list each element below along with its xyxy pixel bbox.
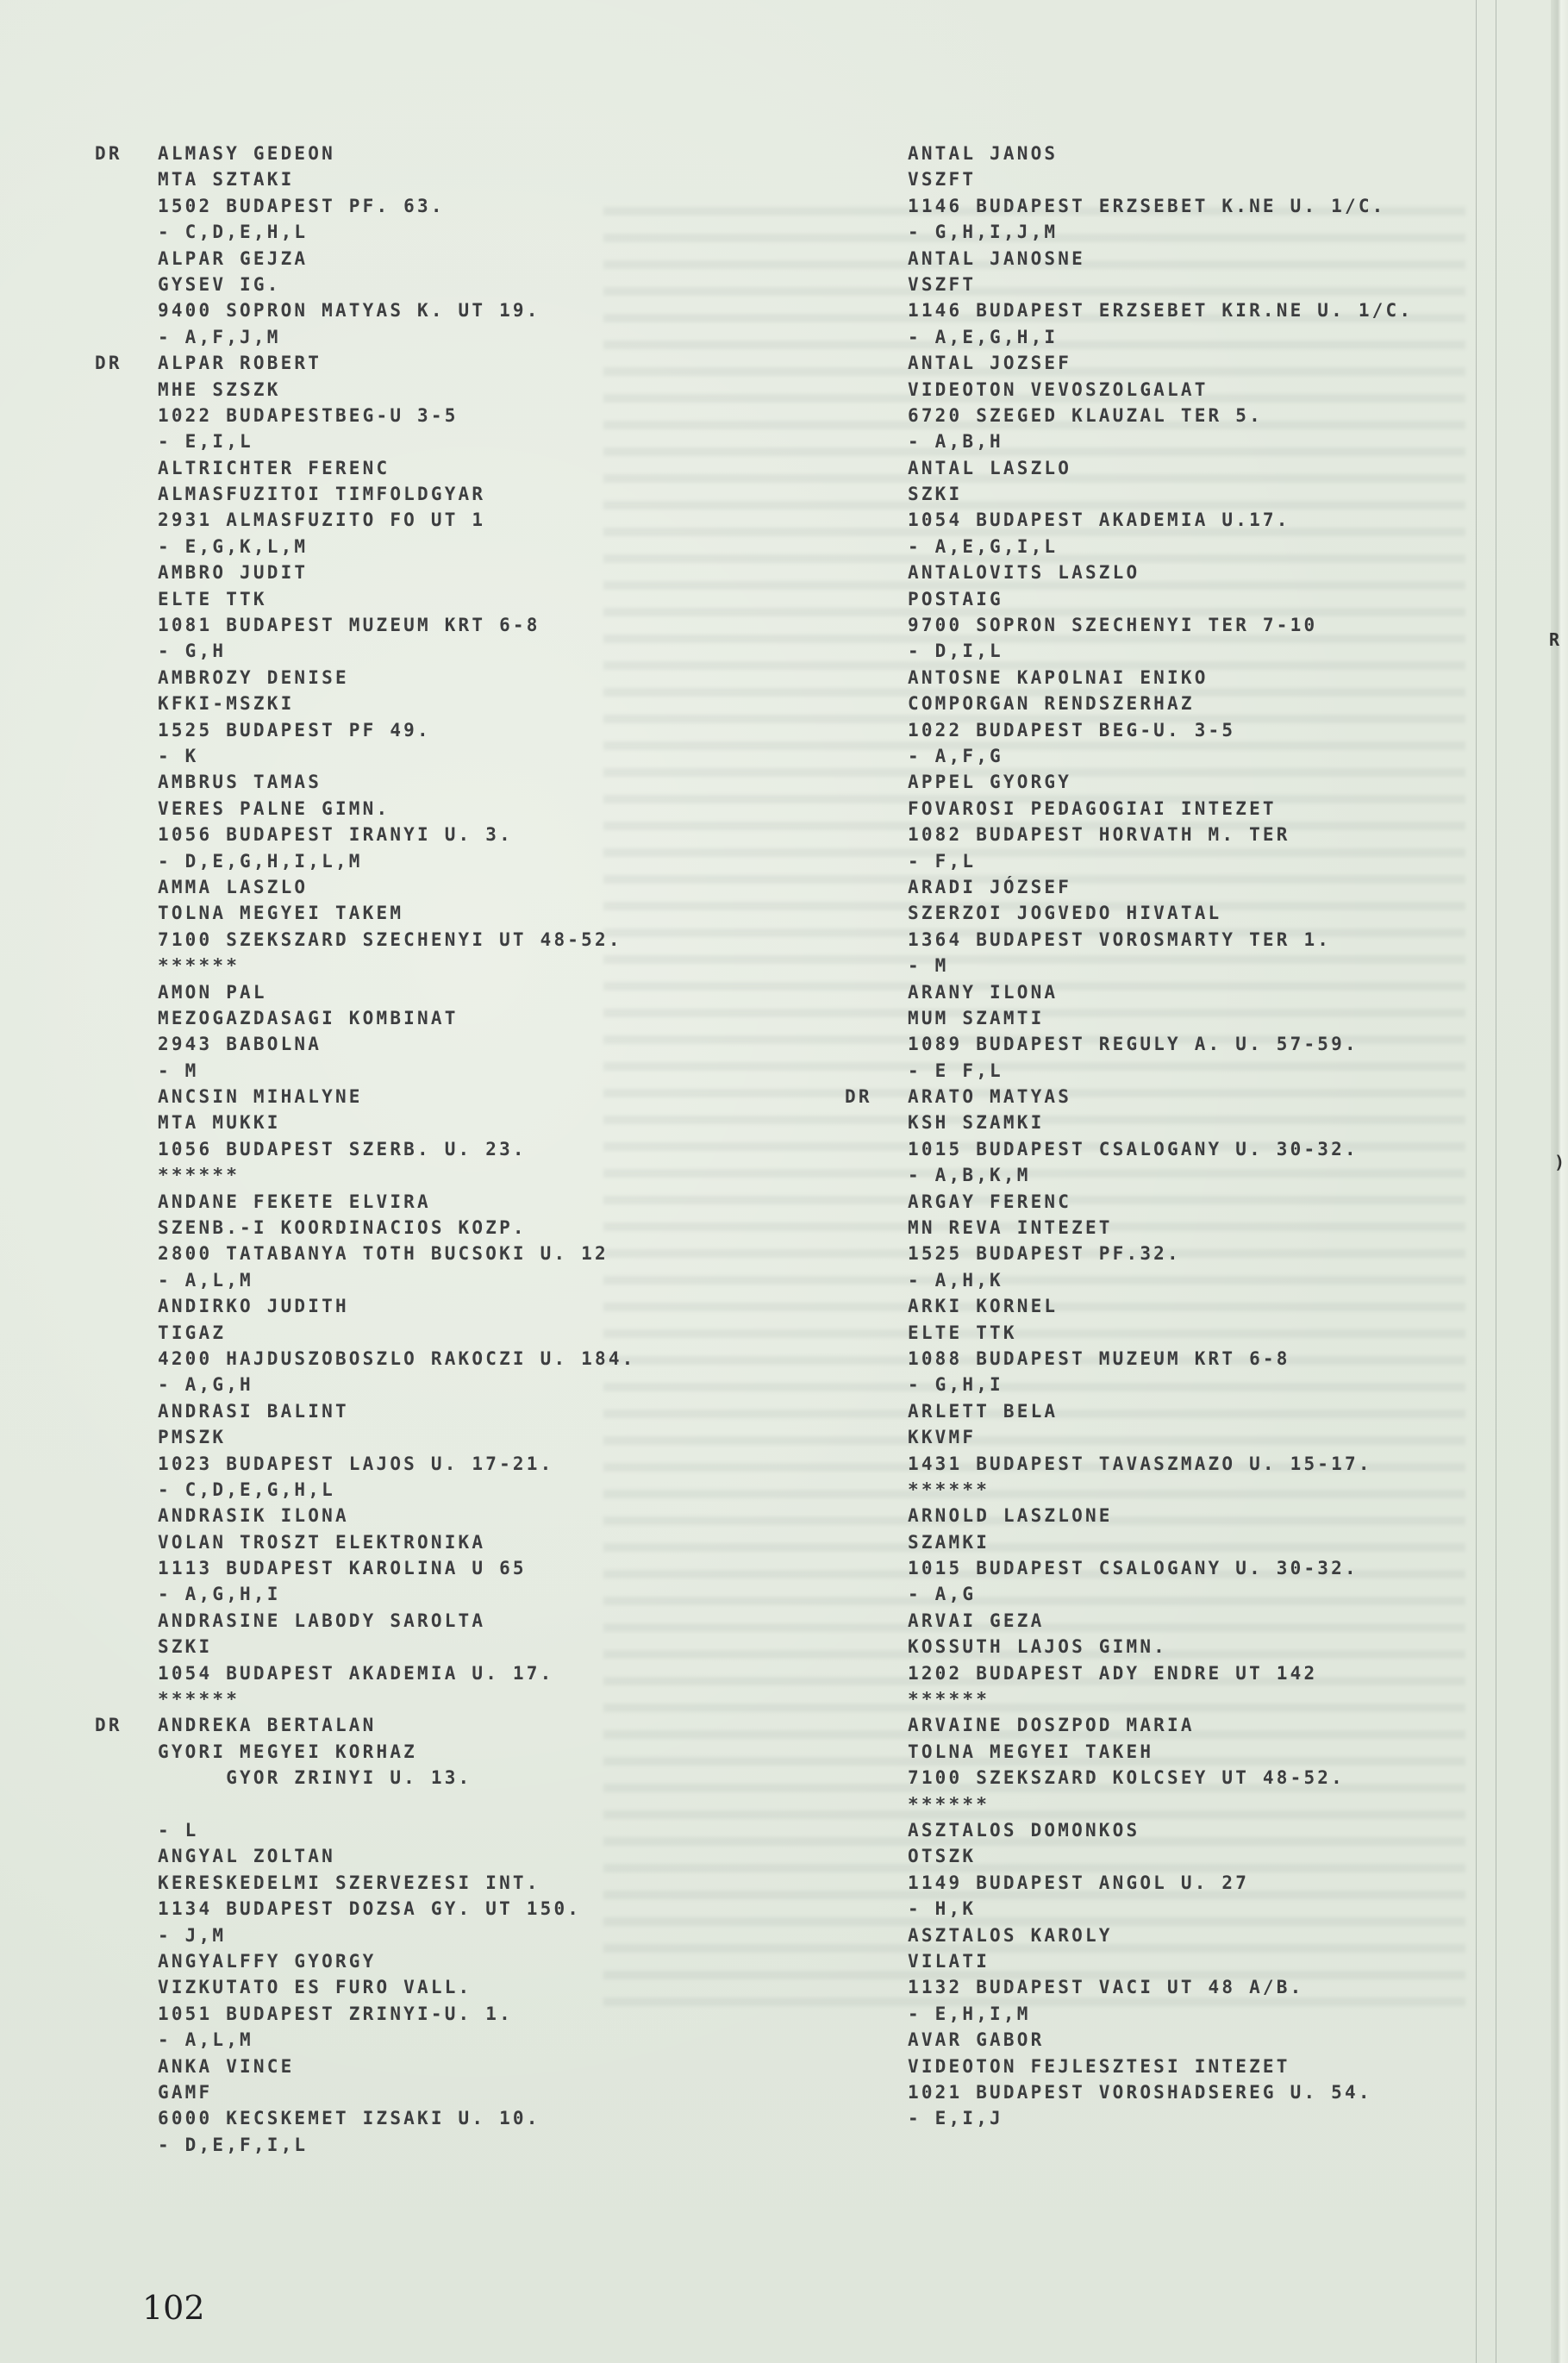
entry-name-line: DRALPAR ROBERT (95, 350, 636, 376)
entry-name-line: AMBROZY DENISE (95, 665, 636, 691)
entry-organization: KERESKEDELMI SZERVEZESI INT. (95, 1870, 636, 1896)
person-name: ASZTALOS DOMONKOS (908, 1820, 1140, 1841)
entry-codes: ****** (845, 1477, 1413, 1503)
title-prefix: DR (845, 1084, 908, 1110)
entry-codes: - J,M (95, 1922, 636, 1948)
entry-address: 1149 BUDAPEST ANGOL U. 27 (845, 1870, 1413, 1896)
entry-name-line: ANKA VINCE (95, 2054, 636, 2079)
entry-address: 7100 SZEKSZARD SZECHENYI UT 48-52. (95, 927, 636, 953)
entry-address: 1023 BUDAPEST LAJOS U. 17-21. (95, 1451, 636, 1477)
entry-address: 2931 ALMASFUZITO FO UT 1 (95, 507, 636, 533)
person-name: ANKA VINCE (158, 2056, 294, 2077)
entry-address: 1202 BUDAPEST ADY ENDRE UT 142 (845, 1660, 1413, 1686)
entry-organization: ELTE TTK (845, 1320, 1413, 1346)
entry-name-line: ALPAR GEJZA (95, 246, 636, 272)
entry-codes: - A,G,H (95, 1372, 636, 1397)
entry-name-line: ANTAL LASZLO (845, 455, 1413, 481)
entry-codes: - G,H (95, 638, 636, 664)
title-prefix: DR (95, 1712, 158, 1738)
entry-address: 1022 BUDAPEST BEG-U. 3-5 (845, 717, 1413, 743)
person-name: AMBRO JUDIT (158, 562, 308, 583)
entry-codes: - A,G,H,I (95, 1581, 636, 1607)
person-name: ANTAL JANOSNE (908, 248, 1085, 269)
directory-entry: ANTAL JOZSEFVIDEOTON VEVOSZOLGALAT6720 S… (845, 350, 1413, 455)
person-name: ANGYAL ZOLTAN (158, 1846, 335, 1866)
entry-name-line: ANGYAL ZOLTAN (95, 1843, 636, 1869)
directory-entry: ALTRICHTER FERENCALMASFUZITOI TIMFOLDGYA… (95, 455, 636, 560)
entry-name-line: AMBRUS TAMAS (95, 769, 636, 795)
entry-organization: KSH SZAMKI (845, 1110, 1413, 1135)
entry-name-line: ARGAY FERENC (845, 1189, 1413, 1215)
entry-codes: ****** (845, 1791, 1413, 1817)
fold-line (1496, 0, 1496, 2363)
entry-address: 1021 BUDAPEST VOROSHADSEREG U. 54. (845, 2079, 1413, 2105)
entry-codes: - G,H,I,J,M (845, 219, 1413, 245)
person-name: ALPAR ROBERT (158, 353, 322, 373)
entry-name-line: ARANY ILONA (845, 979, 1413, 1005)
directory-entry: ARGAY FERENCMN REVA INTEZET1525 BUDAPEST… (845, 1189, 1413, 1294)
directory-entry: ARKI KORNELELTE TTK1088 BUDAPEST MUZEUM … (845, 1293, 1413, 1398)
person-name: ARLETT BELA (908, 1401, 1058, 1422)
entry-codes: ****** (95, 1686, 636, 1712)
entry-address: 1431 BUDAPEST TAVASZMAZO U. 15-17. (845, 1451, 1413, 1477)
entry-name-line: ANCSIN MIHALYNE (95, 1084, 636, 1110)
entry-organization: VIDEOTON FEJLESZTESI INTEZET (845, 2054, 1413, 2079)
entry-organization: ALMASFUZITOI TIMFOLDGYAR (95, 481, 636, 507)
entry-address: 4200 HAJDUSZOBOSZLO RAKOCZI U. 184. (95, 1346, 636, 1372)
directory-entry: ANTAL LASZLOSZKI1054 BUDAPEST AKADEMIA U… (845, 455, 1413, 560)
entry-organization: POSTAIG (845, 586, 1413, 612)
person-name: ANDREKA BERTALAN (158, 1715, 377, 1735)
directory-entry: ARVAINE DOSZPOD MARIATOLNA MEGYEI TAKEH7… (845, 1712, 1413, 1817)
entry-organization: MN REVA INTEZET (845, 1215, 1413, 1241)
entry-address: GYOR ZRINYI U. 13. (95, 1765, 636, 1791)
directory-entry: APPEL GYORGYFOVAROSI PEDAGOGIAI INTEZET1… (845, 769, 1413, 874)
person-name: ALTRICHTER FERENC (158, 458, 390, 478)
entry-organization: VILATI (845, 1948, 1413, 1974)
entry-name-line: ASZTALOS KAROLY (845, 1922, 1413, 1948)
entry-name-line: ANDIRKO JUDITH (95, 1293, 636, 1319)
directory-entry: ANTAL JANOSVSZFT1146 BUDAPEST ERZSEBET K… (845, 141, 1413, 246)
entry-address: 1056 BUDAPEST SZERB. U. 23. (95, 1136, 636, 1162)
entry-name-line: ANGYALFFY GYORGY (95, 1948, 636, 1974)
entry-organization: MUM SZAMTI (845, 1005, 1413, 1031)
entry-name-line: AMMA LASZLO (95, 874, 636, 900)
entry-codes: - A,E,G,I,L (845, 534, 1413, 559)
directory-entry: ANTAL JANOSNEVSZFT1146 BUDAPEST ERZSEBET… (845, 246, 1413, 351)
person-name: APPEL GYORGY (908, 772, 1071, 792)
directory-entry: ARADI JÓZSEFSZERZOI JOGVEDO HIVATAL1364 … (845, 874, 1413, 979)
entry-address: 1081 BUDAPEST MUZEUM KRT 6-8 (95, 612, 636, 638)
entry-codes: - E,I,J (845, 2105, 1413, 2131)
entry-codes: ****** (95, 1162, 636, 1188)
entry-address: 1056 BUDAPEST IRANYI U. 3. (95, 822, 636, 847)
entry-address: 1054 BUDAPEST AKADEMIA U. 17. (95, 1660, 636, 1686)
entry-codes: - A,E,G,H,I (845, 324, 1413, 350)
entry-organization: GAMF (95, 2079, 636, 2105)
entry-codes: - E,H,I,M (845, 2001, 1413, 2027)
entry-codes: - A,F,G (845, 743, 1413, 769)
person-name: ANTALOVITS LASZLO (908, 562, 1140, 583)
entry-name-line: ARVAI GEZA (845, 1608, 1413, 1634)
directory-entry: ASZTALOS KAROLYVILATI1132 BUDAPEST VACI … (845, 1922, 1413, 2028)
entry-organization: SZENB.-I KOORDINACIOS KOZP. (95, 1215, 636, 1241)
person-name: ANTAL JANOS (908, 143, 1058, 164)
title-prefix: DR (95, 350, 158, 376)
entry-codes: - E,I,L (95, 428, 636, 454)
entry-address: 6000 KECSKEMET IZSAKI U. 10. (95, 2105, 636, 2131)
entry-address: 1113 BUDAPEST KAROLINA U 65 (95, 1555, 636, 1581)
person-name: ARVAINE DOSZPOD MARIA (908, 1715, 1195, 1735)
entry-codes: - E,G,K,L,M (95, 534, 636, 559)
entry-codes: - H,K (845, 1896, 1413, 1922)
page-gutter (1551, 0, 1568, 2363)
directory-entry: AMBRO JUDITELTE TTK1081 BUDAPEST MUZEUM … (95, 559, 636, 665)
directory-entry: AMON PALMEZOGAZDASAGI KOMBINAT2943 BABOL… (95, 979, 636, 1085)
entry-address: 1134 BUDAPEST DOZSA GY. UT 150. (95, 1896, 636, 1922)
entry-address: 1015 BUDAPEST CSALOGANY U. 30-32. (845, 1555, 1413, 1581)
directory-entry: ANKA VINCEGAMF6000 KECSKEMET IZSAKI U. 1… (95, 2054, 636, 2159)
entry-address: 1022 BUDAPESTBEG-U 3-5 (95, 403, 636, 428)
person-name: ARGAY FERENC (908, 1191, 1071, 1212)
entry-name-line: DRARATO MATYAS (845, 1084, 1413, 1110)
person-name: ARADI JÓZSEF (908, 877, 1071, 897)
person-name: ANDRASIK ILONA (158, 1505, 349, 1526)
person-name: ARATO MATYAS (908, 1086, 1071, 1107)
entry-name-line: ARNOLD LASZLONE (845, 1503, 1413, 1528)
entry-address: 2943 BABOLNA (95, 1031, 636, 1057)
entry-address: 7100 SZEKSZARD KOLCSEY UT 48-52. (845, 1765, 1413, 1791)
entry-address: 2800 TATABANYA TOTH BUCSOKI U. 12 (95, 1241, 636, 1266)
person-name: ANTOSNE KAPOLNAI ENIKO (908, 667, 1209, 688)
entry-name-line: ANTAL JOZSEF (845, 350, 1413, 376)
directory-entry: ANTALOVITS LASZLOPOSTAIG9700 SOPRON SZEC… (845, 559, 1413, 665)
entry-organization: TIGAZ (95, 1320, 636, 1346)
scanned-page: DRALMASY GEDEONMTA SZTAKI1502 BUDAPEST P… (0, 0, 1568, 2363)
entry-organization: VSZFT (845, 272, 1413, 297)
directory-entry: ANGYAL ZOLTANKERESKEDELMI SZERVEZESI INT… (95, 1843, 636, 1948)
entry-codes: - M (845, 953, 1413, 978)
entry-codes: - D,I,L (845, 638, 1413, 664)
title-prefix: DR (95, 141, 158, 166)
person-name: ARANY ILONA (908, 982, 1058, 1003)
directory-entry: DRALMASY GEDEONMTA SZTAKI1502 BUDAPEST P… (95, 141, 636, 246)
directory-entry: DRALPAR ROBERTMHE SZSZK1022 BUDAPESTBEG-… (95, 350, 636, 455)
directory-entry: ANDANE FEKETE ELVIRASZENB.-I KOORDINACIO… (95, 1189, 636, 1294)
directory-entry: ARLETT BELAKKVMF1431 BUDAPEST TAVASZMAZO… (845, 1398, 1413, 1503)
entry-name-line: ARADI JÓZSEF (845, 874, 1413, 900)
entry-codes: - E F,L (845, 1058, 1413, 1084)
edge-mark: ) (1554, 1152, 1565, 1172)
person-name: AMBROZY DENISE (158, 667, 349, 688)
entry-address: 1051 BUDAPEST ZRINYI-U. 1. (95, 2001, 636, 2027)
entry-codes: - A,F,J,M (95, 324, 636, 350)
entry-name-line: APPEL GYORGY (845, 769, 1413, 795)
entry-address: 1089 BUDAPEST REGULY A. U. 57-59. (845, 1031, 1413, 1057)
entry-organization: MEZOGAZDASAGI KOMBINAT (95, 1005, 636, 1031)
entry-name-line: AMBRO JUDIT (95, 559, 636, 585)
person-name: ANDRASINE LABODY SAROLTA (158, 1610, 485, 1631)
entry-codes: - G,H,I (845, 1372, 1413, 1397)
person-name: AMMA LASZLO (158, 877, 308, 897)
entry-codes: - F,L (845, 848, 1413, 874)
entry-codes: - D,E,F,I,L (95, 2132, 636, 2158)
entry-organization: MHE SZSZK (95, 377, 636, 403)
entry-codes: - A,L,M (95, 1267, 636, 1293)
directory-entry: ANTOSNE KAPOLNAI ENIKOCOMPORGAN RENDSZER… (845, 665, 1413, 770)
entry-name-line: ARVAINE DOSZPOD MARIA (845, 1712, 1413, 1738)
entry-organization: FOVAROSI PEDAGOGIAI INTEZET (845, 796, 1413, 822)
directory-entry: AVAR GABORVIDEOTON FEJLESZTESI INTEZET10… (845, 2027, 1413, 2132)
entry-name-line: ARLETT BELA (845, 1398, 1413, 1424)
directory-entry: ARVAI GEZAKOSSUTH LAJOS GIMN.1202 BUDAPE… (845, 1608, 1413, 1713)
entry-codes: ****** (845, 1686, 1413, 1712)
directory-entry: AMMA LASZLOTOLNA MEGYEI TAKEM7100 SZEKSZ… (95, 874, 636, 979)
entry-organization: COMPORGAN RENDSZERHAZ (845, 691, 1413, 716)
entry-organization: ELTE TTK (95, 586, 636, 612)
directory-column-left: DRALMASY GEDEONMTA SZTAKI1502 BUDAPEST P… (95, 141, 636, 2158)
directory-entry: AMBROZY DENISEKFKI-MSZKI1525 BUDAPEST PF… (95, 665, 636, 770)
page-number: 102 (142, 2289, 205, 2327)
directory-entry: DRARATO MATYASKSH SZAMKI1015 BUDAPEST CS… (845, 1084, 1413, 1189)
entry-codes: - A,L,M (95, 2027, 636, 2053)
person-name: ANDIRKO JUDITH (158, 1296, 349, 1316)
directory-entry: ANDIRKO JUDITHTIGAZ4200 HAJDUSZOBOSZLO R… (95, 1293, 636, 1398)
entry-address: 1525 BUDAPEST PF 49. (95, 717, 636, 743)
entry-organization: VIDEOTON VEVOSZOLGALAT (845, 377, 1413, 403)
entry-address: 6720 SZEGED KLAUZAL TER 5. (845, 403, 1413, 428)
entry-codes: - L (95, 1817, 636, 1843)
entry-address: 1146 BUDAPEST ERZSEBET K.NE U. 1/C. (845, 193, 1413, 219)
entry-name-line: ARKI KORNEL (845, 1293, 1413, 1319)
entry-address: 1088 BUDAPEST MUZEUM KRT 6-8 (845, 1346, 1413, 1372)
directory-entry: ANCSIN MIHALYNEMTA MUKKI1056 BUDAPEST SZ… (95, 1084, 636, 1189)
directory-entry: ARNOLD LASZLONESZAMKI1015 BUDAPEST CSALO… (845, 1503, 1413, 1608)
entry-organization: VIZKUTATO ES FURO VALL. (95, 1974, 636, 2000)
entry-organization: GYSEV IG. (95, 272, 636, 297)
person-name: ANGYALFFY GYORGY (158, 1951, 377, 1972)
person-name: ALPAR GEJZA (158, 248, 308, 269)
entry-organization: SZKI (95, 1634, 636, 1660)
entry-organization: KFKI-MSZKI (95, 691, 636, 716)
entry-organization: VOLAN TROSZT ELEKTRONIKA (95, 1529, 636, 1555)
directory-entry: ANDRASINE LABODY SAROLTASZKI1054 BUDAPES… (95, 1608, 636, 1713)
entry-address: 1132 BUDAPEST VACI UT 48 A/B. (845, 1974, 1413, 2000)
person-name: ANTAL LASZLO (908, 458, 1071, 478)
person-name: ALMASY GEDEON (158, 143, 335, 164)
entry-codes: - A,G (845, 1581, 1413, 1607)
entry-address: 1364 BUDAPEST VOROSMARTY TER 1. (845, 927, 1413, 953)
directory-entry: ALPAR GEJZAGYSEV IG.9400 SOPRON MATYAS K… (95, 246, 636, 351)
entry-name-line: ASZTALOS DOMONKOS (845, 1817, 1413, 1843)
entry-codes: - K (95, 743, 636, 769)
entry-name-line: ANTALOVITS LASZLO (845, 559, 1413, 585)
entry-address: 1146 BUDAPEST ERZSEBET KIR.NE U. 1/C. (845, 297, 1413, 323)
entry-address: 1502 BUDAPEST PF. 63. (95, 193, 636, 219)
entry-organization: OTSZK (845, 1843, 1413, 1869)
entry-organization: PMSZK (95, 1424, 636, 1450)
entry-codes: - C,D,E,G,H,L (95, 1477, 636, 1503)
entry-organization: TOLNA MEGYEI TAKEM (95, 900, 636, 926)
person-name: ARNOLD LASZLONE (908, 1505, 1113, 1526)
entry-address: 1054 BUDAPEST AKADEMIA U.17. (845, 507, 1413, 533)
person-name: ANDRASI BALINT (158, 1401, 349, 1422)
entry-name-line: ALTRICHTER FERENC (95, 455, 636, 481)
entry-organization: SZERZOI JOGVEDO HIVATAL (845, 900, 1413, 926)
entry-codes: - D,E,G,H,I,L,M (95, 848, 636, 874)
directory-entry: ANGYALFFY GYORGYVIZKUTATO ES FURO VALL.1… (95, 1948, 636, 2054)
entry-organization: GYORI MEGYEI KORHAZ (95, 1739, 636, 1765)
entry-name-line: ANDRASINE LABODY SAROLTA (95, 1608, 636, 1634)
entry-name-line: AMON PAL (95, 979, 636, 1005)
entry-name-line: AVAR GABOR (845, 2027, 1413, 2053)
entry-organization: VSZFT (845, 166, 1413, 192)
directory-entry: ARANY ILONAMUM SZAMTI1089 BUDAPEST REGUL… (845, 979, 1413, 1085)
entry-name-line: ANDRASIK ILONA (95, 1503, 636, 1528)
entry-organization: KOSSUTH LAJOS GIMN. (845, 1634, 1413, 1660)
entry-address: 9700 SOPRON SZECHENYI TER 7-10 (845, 612, 1413, 638)
entry-organization: SZKI (845, 481, 1413, 507)
entry-address: 1525 BUDAPEST PF.32. (845, 1241, 1413, 1266)
person-name: ANCSIN MIHALYNE (158, 1086, 363, 1107)
entry-name-line: ANTAL JANOSNE (845, 246, 1413, 272)
entry-organization: VERES PALNE GIMN. (95, 796, 636, 822)
fold-line (1476, 0, 1477, 2363)
entry-address: 1015 BUDAPEST CSALOGANY U. 30-32. (845, 1136, 1413, 1162)
entry-codes: ****** (95, 953, 636, 978)
person-name: ANTAL JOZSEF (908, 353, 1071, 373)
directory-entry: ANDRASIK ILONAVOLAN TROSZT ELEKTRONIKA11… (95, 1503, 636, 1608)
person-name: AMON PAL (158, 982, 267, 1003)
person-name: AVAR GABOR (908, 2029, 1044, 2050)
entry-codes: - C,D,E,H,L (95, 219, 636, 245)
entry-organization: SZAMKI (845, 1529, 1413, 1555)
entry-organization: MTA SZTAKI (95, 166, 636, 192)
person-name: ARKI KORNEL (908, 1296, 1058, 1316)
entry-organization: MTA MUKKI (95, 1110, 636, 1135)
entry-name-line: ANTOSNE KAPOLNAI ENIKO (845, 665, 1413, 691)
directory-column-right: ANTAL JANOSVSZFT1146 BUDAPEST ERZSEBET K… (845, 141, 1413, 2132)
directory-entry: DRANDREKA BERTALANGYORI MEGYEI KORHAZ GY… (95, 1712, 636, 1843)
entry-organization: KKVMF (845, 1424, 1413, 1450)
person-name: ARVAI GEZA (908, 1610, 1044, 1631)
entry-codes: - A,B,K,M (845, 1162, 1413, 1188)
directory-entry: AMBRUS TAMASVERES PALNE GIMN.1056 BUDAPE… (95, 769, 636, 874)
person-name: AMBRUS TAMAS (158, 772, 322, 792)
edge-mark: R (1549, 629, 1559, 650)
entry-name-line: ANDANE FEKETE ELVIRA (95, 1189, 636, 1215)
entry-codes: - M (95, 1058, 636, 1084)
entry-address: 9400 SOPRON MATYAS K. UT 19. (95, 297, 636, 323)
entry-name-line: DRALMASY GEDEON (95, 141, 636, 166)
person-name: ASZTALOS KAROLY (908, 1925, 1113, 1946)
entry-name-line: ANTAL JANOS (845, 141, 1413, 166)
entry-codes: - A,B,H (845, 428, 1413, 454)
entry-organization: TOLNA MEGYEI TAKEH (845, 1739, 1413, 1765)
entry-codes (95, 1791, 636, 1817)
entry-name-line: DRANDREKA BERTALAN (95, 1712, 636, 1738)
entry-address: 1082 BUDAPEST HORVATH M. TER (845, 822, 1413, 847)
person-name: ANDANE FEKETE ELVIRA (158, 1191, 431, 1212)
directory-entry: ASZTALOS DOMONKOSOTSZK1149 BUDAPEST ANGO… (845, 1817, 1413, 1922)
directory-entry: ANDRASI BALINTPMSZK1023 BUDAPEST LAJOS U… (95, 1398, 636, 1503)
entry-codes: - A,H,K (845, 1267, 1413, 1293)
entry-name-line: ANDRASI BALINT (95, 1398, 636, 1424)
